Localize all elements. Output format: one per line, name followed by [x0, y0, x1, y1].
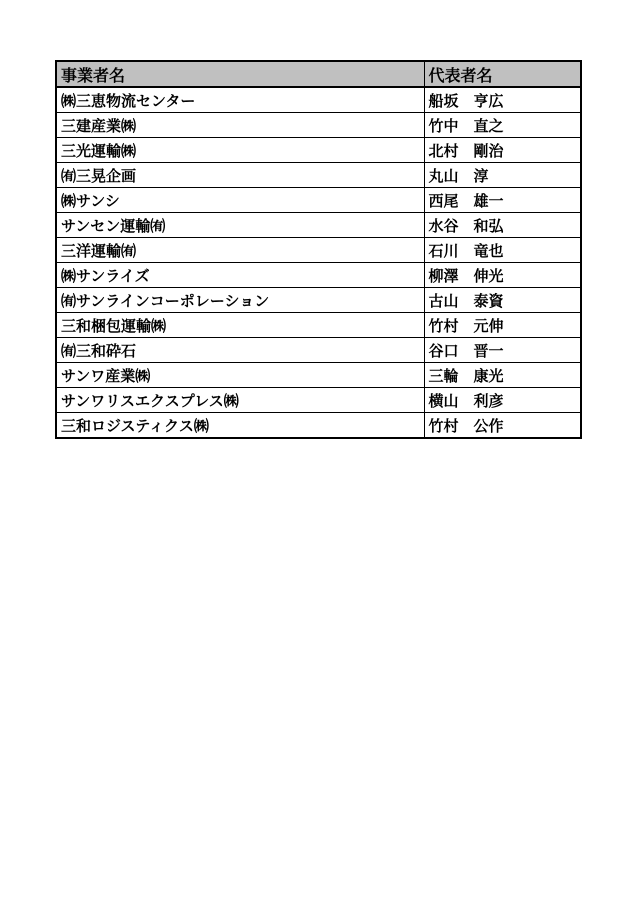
- representative-name-cell: 三輪 康光: [424, 363, 581, 388]
- business-name-cell: ㈱サンシ: [56, 188, 424, 213]
- table-header-row: 事業者名 代表者名: [56, 61, 581, 87]
- table-row: ㈱三恵物流センター船坂 亨広: [56, 87, 581, 113]
- representative-name-cell: 水谷 和弘: [424, 213, 581, 238]
- business-name-cell: サンワ産業㈱: [56, 363, 424, 388]
- table-row: ㈲三晃企画丸山 淳: [56, 163, 581, 188]
- representative-name-cell: 竹村 元伸: [424, 313, 581, 338]
- table-row: 三和梱包運輸㈱竹村 元伸: [56, 313, 581, 338]
- business-name-cell: ㈱三恵物流センター: [56, 87, 424, 113]
- business-name-cell: サンセン運輸㈲: [56, 213, 424, 238]
- table-row: 三洋運輸㈲石川 竜也: [56, 238, 581, 263]
- table-row: ㈱サンシ西尾 雄一: [56, 188, 581, 213]
- document-page: 事業者名 代表者名 ㈱三恵物流センター船坂 亨広三建産業㈱竹中 直之三光運輸㈱北…: [0, 0, 640, 905]
- representative-name-cell: 丸山 淳: [424, 163, 581, 188]
- table-row: サンワ産業㈱三輪 康光: [56, 363, 581, 388]
- business-name-cell: ㈱サンライズ: [56, 263, 424, 288]
- table-row: 三建産業㈱竹中 直之: [56, 113, 581, 138]
- table-row: ㈲サンラインコーポレーション古山 泰資: [56, 288, 581, 313]
- table-row: サンセン運輸㈲水谷 和弘: [56, 213, 581, 238]
- table-row: サンワリスエクスプレス㈱横山 利彦: [56, 388, 581, 413]
- table-row: 三和ロジスティクス㈱竹村 公作: [56, 413, 581, 439]
- business-name-cell: 三洋運輸㈲: [56, 238, 424, 263]
- business-operators-table: 事業者名 代表者名 ㈱三恵物流センター船坂 亨広三建産業㈱竹中 直之三光運輸㈱北…: [55, 60, 582, 439]
- table-row: ㈱サンライズ柳澤 伸光: [56, 263, 581, 288]
- business-name-cell: ㈲サンラインコーポレーション: [56, 288, 424, 313]
- business-name-cell: 三和ロジスティクス㈱: [56, 413, 424, 439]
- representative-name-cell: 北村 剛治: [424, 138, 581, 163]
- business-name-cell: 三建産業㈱: [56, 113, 424, 138]
- table-row: ㈲三和砕石谷口 晋一: [56, 338, 581, 363]
- representative-name-cell: 西尾 雄一: [424, 188, 581, 213]
- representative-name-cell: 竹村 公作: [424, 413, 581, 439]
- representative-name-cell: 横山 利彦: [424, 388, 581, 413]
- representative-name-cell: 古山 泰資: [424, 288, 581, 313]
- column-header-representative-name: 代表者名: [424, 61, 581, 87]
- column-header-business-name: 事業者名: [56, 61, 424, 87]
- representative-name-cell: 石川 竜也: [424, 238, 581, 263]
- representative-name-cell: 谷口 晋一: [424, 338, 581, 363]
- business-name-cell: ㈲三和砕石: [56, 338, 424, 363]
- business-name-cell: ㈲三晃企画: [56, 163, 424, 188]
- representative-name-cell: 船坂 亨広: [424, 87, 581, 113]
- representative-name-cell: 竹中 直之: [424, 113, 581, 138]
- representative-name-cell: 柳澤 伸光: [424, 263, 581, 288]
- business-name-cell: 三和梱包運輸㈱: [56, 313, 424, 338]
- table-row: 三光運輸㈱北村 剛治: [56, 138, 581, 163]
- business-name-cell: サンワリスエクスプレス㈱: [56, 388, 424, 413]
- business-name-cell: 三光運輸㈱: [56, 138, 424, 163]
